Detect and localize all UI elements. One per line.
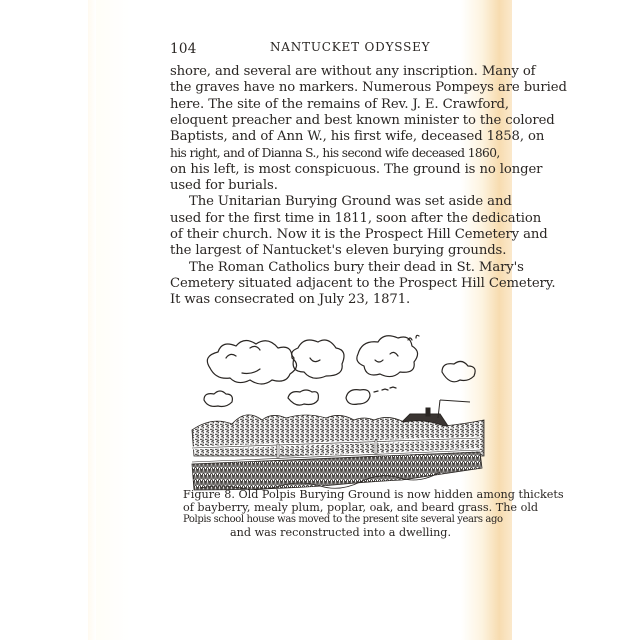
text-line: of their church. Now it is the Prospect … — [170, 227, 495, 243]
text-line: It was consecrated on July 23, 1871. — [170, 292, 495, 308]
text-line: on his left, is most conspicuous. The gr… — [170, 162, 495, 178]
text-line: the graves have no markers. Numerous Pom… — [170, 80, 495, 96]
text-line: the largest of Nantucket's eleven buryin… — [170, 243, 495, 259]
text-line: used for burials. — [170, 178, 495, 194]
page-left-edge — [88, 0, 96, 640]
text-line: eloquent preacher and best known ministe… — [170, 113, 495, 129]
text-line: The Unitarian Burying Ground was set asi… — [170, 194, 495, 210]
page-header: 104 NANTUCKET ODYSSEY — [170, 39, 480, 59]
body-text: shore, and several are without any inscr… — [170, 64, 495, 308]
text-line: The Roman Catholics bury their dead in S… — [170, 260, 495, 276]
caption-line: of bayberry, mealy plum, poplar, oak, an… — [183, 502, 498, 515]
caption-line: and was reconstructed into a dwelling. — [183, 527, 498, 540]
running-head: NANTUCKET ODYSSEY — [270, 40, 430, 54]
text-line: Cemetery situated adjacent to the Prospe… — [170, 276, 495, 292]
page-number: 104 — [170, 41, 197, 57]
text-line: here. The site of the remains of Rev. J.… — [170, 97, 495, 113]
text-line: used for the first time in 1811, soon af… — [170, 211, 495, 227]
caption-line: Polpis school house was moved to the pre… — [183, 514, 498, 527]
text-line: Baptists, and of Ann W., his first wife,… — [170, 129, 495, 145]
burying-ground-sketch-icon — [190, 318, 490, 493]
caption-line: Figure 8. Old Polpis Burying Ground is n… — [183, 489, 498, 502]
paragraph-3: The Roman Catholics bury their dead in S… — [170, 260, 495, 309]
text-line: his right, and of Dianna S., his second … — [170, 145, 495, 161]
paragraph-1: shore, and several are without any inscr… — [170, 64, 495, 194]
text-line: shore, and several are without any inscr… — [170, 64, 495, 80]
figure-caption: Figure 8. Old Polpis Burying Ground is n… — [183, 489, 498, 539]
figure-illustration — [190, 318, 490, 493]
paragraph-2: The Unitarian Burying Ground was set asi… — [170, 194, 495, 259]
